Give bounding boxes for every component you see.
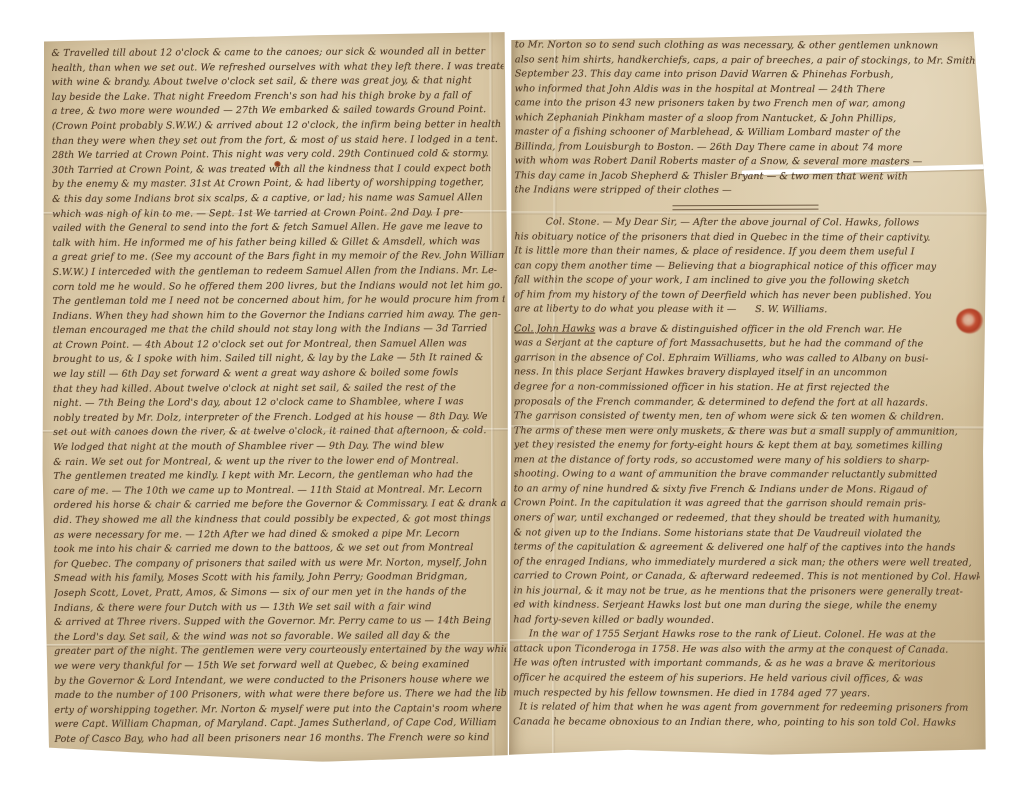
journal-section: to Mr. Norton so to send such clothing a…: [515, 38, 981, 199]
manuscript-line: of him from my history of the town of De…: [514, 288, 980, 304]
manuscript-line: we lay still — 6th Day set forward & wen…: [53, 366, 505, 383]
manuscript-line: This day came in Jacob Shepherd & Thisle…: [515, 169, 981, 185]
manuscript-line-text: was a brave & distinguished officer in t…: [595, 323, 902, 335]
manuscript-line: attack upon Ticonderoga in 1758. He was …: [513, 642, 979, 658]
manuscript-line: The garrison consisted of twenty men, te…: [514, 410, 980, 426]
letter-section: Col. Stone. — My Dear Sir, — After the a…: [514, 215, 980, 318]
manuscript-scan: & Travelled till about 12 o'clock & came…: [0, 0, 1024, 792]
manuscript-line: We lodged that night at the mouth of Sha…: [53, 439, 505, 456]
manuscript-line: much respected by his fellow townsmen. H…: [513, 686, 979, 702]
left-page-text: & Travelled till about 12 o'clock & came…: [51, 45, 506, 759]
manuscript-line: did. They showed me all the kindness tha…: [54, 512, 506, 529]
manuscript-line: Crown Point. In the capitulation it was …: [514, 497, 980, 513]
section-divider-rule: [672, 205, 818, 210]
manuscript-line: fall within the scope of your work, I am…: [514, 274, 980, 290]
manuscript-line: his obituary notice of the prisoners tha…: [514, 230, 980, 246]
manuscript-line: Joseph Scott, Lovet, Pratt, Amos, & Simo…: [54, 585, 506, 602]
manuscript-line: degree for a non-commissioned officer in…: [514, 380, 980, 396]
hawks-section: was a Serjant at the capture of fort Mas…: [513, 337, 980, 629]
hawks-heading: Col. John Hawks: [514, 323, 595, 334]
divider-line: [672, 205, 818, 207]
manuscript-line: Col. John Hawks was a brave & distinguis…: [514, 322, 980, 338]
manuscript-line: which Zephaniah Pinkham master of a sloo…: [515, 111, 981, 127]
manuscript-line: & Travelled till about 12 o'clock & came…: [51, 45, 503, 62]
manuscript-line: vailed with the General to send into the…: [52, 220, 504, 237]
manuscript-line: It is little more than their names, & pl…: [514, 244, 980, 260]
manuscript-line: & arrived at Three rivers. Supped with t…: [54, 614, 506, 631]
divider-line: [672, 209, 818, 211]
manuscript-line: the Indians were stripped of their cloth…: [515, 184, 981, 200]
manuscript-line: of the enraged Indians, who immediately …: [514, 555, 980, 571]
manuscript-line: The gentleman told me I need not be conc…: [53, 293, 505, 310]
manuscript-line: made to the number of 100 Prisoners, wit…: [54, 687, 506, 704]
manuscript-page-right: to Mr. Norton so to send such clothing a…: [508, 25, 989, 759]
manuscript-line: (Crown Point probably S.W.W.) & arrived …: [52, 118, 504, 135]
manuscript-line: oners of war, until exchanged or redeeme…: [514, 511, 980, 527]
manuscript-line: also sent him shirts, handkerchiefs, cap…: [515, 53, 981, 69]
manuscript-line: It is related of him that when he was ag…: [513, 700, 979, 716]
manuscript-line: with wine & brandy. About twelve o'clock…: [52, 74, 504, 91]
manuscript-line: who informed that John Aldis was in the …: [515, 82, 981, 98]
manuscript-line: The arms of these men were only muskets,…: [514, 424, 980, 440]
manuscript-line: officer he acquired the esteem of his su…: [513, 671, 979, 687]
manuscript-line: can copy them another time — Believing t…: [514, 259, 980, 275]
war-section: In the war of 1755 Serjant Hawks rose to…: [513, 628, 979, 731]
manuscript-line: proposals of the French commander, & det…: [514, 395, 980, 411]
manuscript-line: garrison in the absence of Col. Ephraim …: [514, 351, 980, 367]
manuscript-line: to an army of nine hundred & sixty five …: [514, 482, 980, 498]
right-page-text: to Mr. Norton so to send such clothing a…: [513, 38, 981, 755]
manuscript-line: terms of the capitulation & agreement & …: [514, 540, 980, 556]
manuscript-line: took me into his chair & carried me down…: [54, 541, 506, 558]
manuscript-line: Pote of Casco Bay, who had all been pris…: [54, 731, 506, 748]
manuscript-line: men at the distance of forty rods, so ac…: [514, 453, 980, 469]
manuscript-page-left: & Travelled till about 12 o'clock & came…: [37, 30, 510, 763]
manuscript-line: carried to Crown Point, or Canada, & aft…: [513, 570, 979, 586]
manuscript-line: Canada he became obnoxious to an Indian …: [513, 715, 979, 731]
manuscript-line: to Mr. Norton so to send such clothing a…: [515, 38, 981, 54]
manuscript-line: September 23. This day came into prison …: [515, 67, 981, 83]
manuscript-line: came into the prison 43 new prisoners ta…: [515, 97, 981, 113]
manuscript-line: Col. Stone. — My Dear Sir, — After the a…: [514, 215, 980, 231]
manuscript-line: had forty-seven killed or badly wounded.: [513, 613, 979, 629]
manuscript-line: Billinda, from Louisburgh to Boston. — 2…: [515, 140, 981, 156]
manuscript-line: In the war of 1755 Serjant Hawks rose to…: [513, 628, 979, 644]
manuscript-line: with whom was Robert Danil Roberts maste…: [515, 155, 981, 171]
manuscript-line: was a Serjant at the capture of fort Mas…: [514, 337, 980, 353]
manuscript-line: 28th We tarried at Crown Point. This nig…: [52, 147, 504, 164]
manuscript-line: & this day some Indians brot six scalps,…: [52, 191, 504, 208]
manuscript-line: ness. In this place Serjant Hawkes brave…: [514, 366, 980, 382]
manuscript-line: shooting. Owing to a want of ammunition …: [514, 468, 980, 484]
manuscript-line: yet they resisted the enemy for forty-ei…: [514, 439, 980, 455]
manuscript-line: ed with kindness. Serjeant Hawks lost bu…: [513, 599, 979, 615]
manuscript-line: in his journal, & it may not be true, as…: [513, 584, 979, 600]
manuscript-line: we were very thankful for — 15th We set …: [54, 658, 506, 675]
manuscript-line: & not given up to the Indians. Some hist…: [514, 526, 980, 542]
manuscript-line: are at liberty to do what you please wit…: [514, 303, 980, 319]
manuscript-line: He was often intrusted with important co…: [513, 657, 979, 673]
manuscript-line: master of a fishing schooner of Marblehe…: [515, 126, 981, 142]
manuscript-line: S.W.W.) I interceded with the gentleman …: [52, 264, 504, 281]
